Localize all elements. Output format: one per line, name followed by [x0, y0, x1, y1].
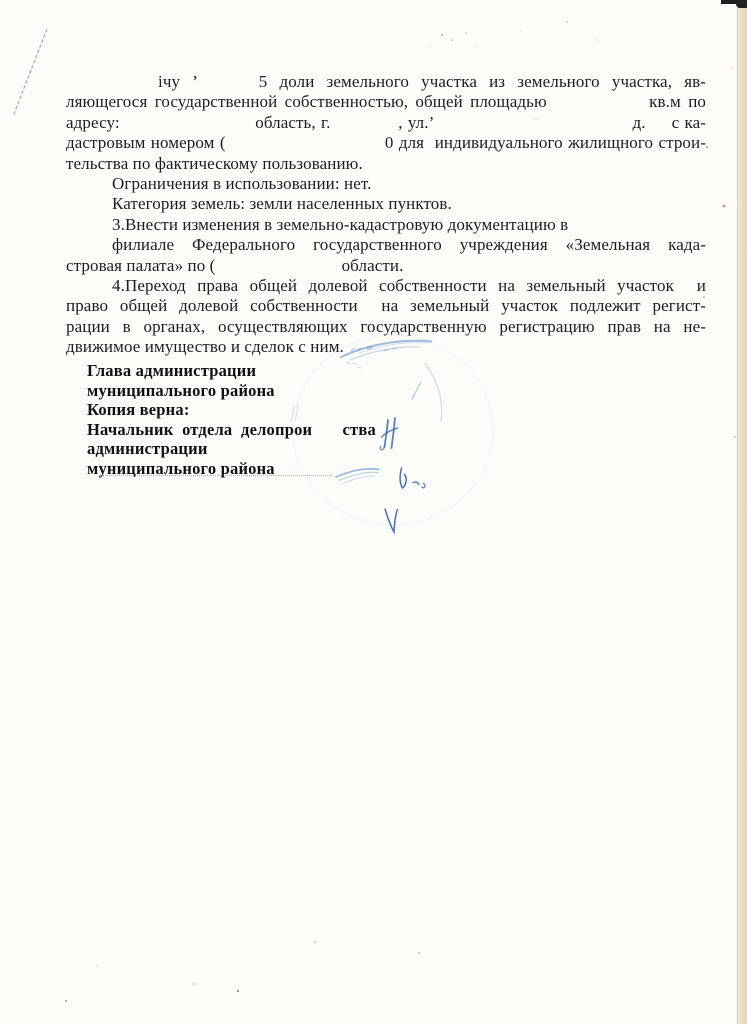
- body-line-2: ляющегося государственной собственностью…: [66, 92, 706, 112]
- body-line-9: филиале Федерального государственного уч…: [66, 235, 706, 255]
- scratch-mark: [14, 29, 47, 114]
- body-line-10: стровая палата» по ( области.: [66, 256, 706, 276]
- body-line-3: адресу: область, г. , ул.’ д. с ка-: [66, 113, 706, 133]
- signature-line-4: Начальник отдела делопрои ства: [87, 420, 517, 440]
- body-line-8: 3.Внести изменения в земельно-кадастрову…: [66, 215, 706, 235]
- body-line-6: Ограничения в использовании: нет.: [66, 174, 706, 194]
- body-line-11: 4.Переход права общей долевой собственно…: [66, 276, 706, 296]
- body-line-4: дастровым номером ( 0 для индивидуальног…: [66, 133, 706, 153]
- signature-block: Глава администрации муниципального район…: [87, 361, 517, 479]
- body-line-12: право общей долевой собственности на зем…: [66, 296, 706, 316]
- document-page: ічу ’ 5 доли земельного участка из земел…: [0, 0, 747, 1024]
- body-line-5: тельства по фактическому пользованию.: [66, 154, 706, 174]
- signature-line-1: Глава администрации: [87, 361, 517, 381]
- scanner-shadow-corner-inner: [736, 0, 747, 8]
- body-line-13: рации в органах, осуществляющих государс…: [66, 317, 706, 337]
- signature-line-3: Копия верна:: [87, 400, 517, 420]
- page-edge-strip: [737, 0, 747, 1024]
- body-line-7: Категория земель: земли населенных пункт…: [66, 194, 706, 214]
- checkmark-stroke: [385, 509, 398, 532]
- body-line-1: ічу ’ 5 доли земельного участка из земел…: [66, 72, 706, 92]
- body-line-14: движимое имущество и сделок с ним.: [66, 337, 706, 357]
- dotted-artifact-line: [100, 475, 332, 476]
- signature-line-2: муниципального района: [87, 381, 517, 401]
- document-body: ічу ’ 5 доли земельного участка из земел…: [66, 72, 706, 358]
- signature-line-5: администрации: [87, 439, 517, 459]
